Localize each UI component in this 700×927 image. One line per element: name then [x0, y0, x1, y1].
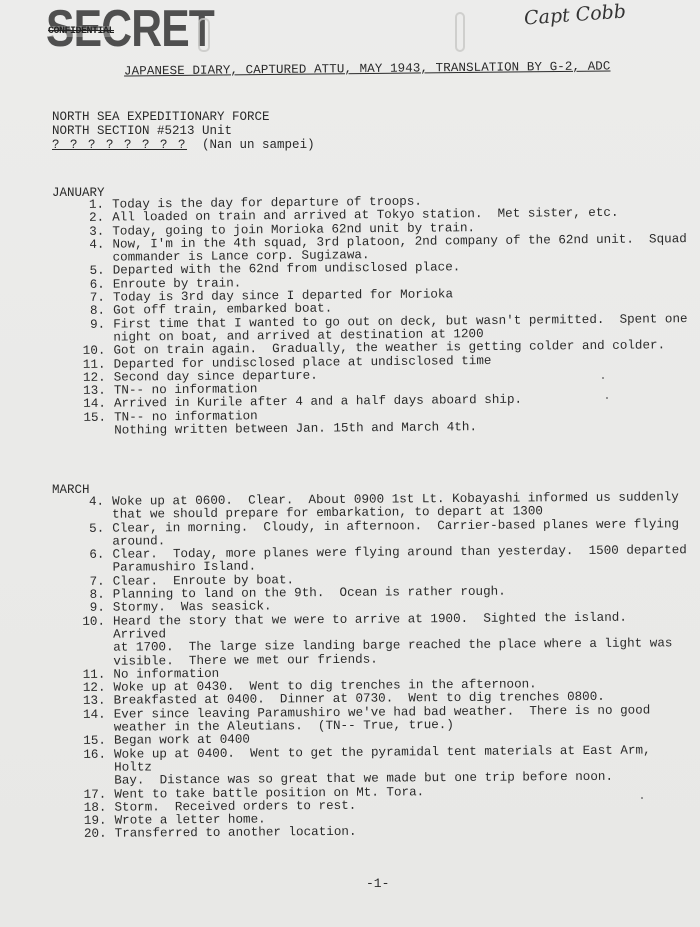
entry-day-number: 5.	[73, 265, 113, 279]
entry-text: Woke up at 0400. Went to get the pyramid…	[114, 744, 694, 788]
entry-day-number: 13.	[74, 695, 114, 709]
entry-day-number: 16.	[74, 748, 114, 788]
paper-speck	[602, 377, 604, 379]
entry-day-number: 9.	[73, 602, 113, 616]
entry-text: Transferred to another location.	[115, 824, 695, 842]
entry-day-number: 4.	[72, 496, 112, 523]
entry-day-number: 6.	[72, 549, 112, 576]
entry-day-number: 8.	[73, 305, 113, 319]
unit-line-3: ? ? ? ? ? ? ? ? (Nan un sampei)	[52, 138, 315, 152]
unit-name-unknown: ? ? ? ? ? ? ? ?	[52, 138, 187, 152]
document-title: JAPANESE DIARY, CAPTURED ATTU, MAY 1943,…	[124, 59, 611, 78]
entry-day-number: 15.	[74, 735, 114, 749]
entry-day-number: 20.	[75, 828, 115, 842]
entry-day-number: 14.	[74, 398, 114, 412]
page-number: -1-	[366, 876, 389, 891]
handwritten-note: Capt Cobb	[523, 0, 626, 29]
unit-line-1: NORTH SEA EXPEDITIONARY FORCE	[52, 110, 315, 124]
paper-speck	[640, 710, 642, 712]
paper-speck	[606, 397, 608, 399]
paper-speck	[641, 797, 643, 799]
march-entries: 4.Woke up at 0600. Clear. About 0900 1st…	[72, 491, 695, 842]
unit-name-romanized: (Nan un sampei)	[202, 138, 315, 152]
diary-entry: 16.Woke up at 0400. Went to get the pyra…	[74, 744, 694, 789]
paperclip-mark-icon	[455, 12, 465, 52]
entry-day-number: 10.	[73, 615, 113, 669]
paperclip-mark-icon	[198, 18, 210, 52]
entry-day-number: 15.	[74, 411, 114, 425]
entry-day-number: 9.	[73, 318, 113, 345]
entry-day-number: 2.	[72, 212, 112, 226]
unit-heading: NORTH SEA EXPEDITIONARY FORCE NORTH SECT…	[52, 110, 315, 152]
entry-day-number: 17.	[74, 788, 114, 802]
january-entries: 1.Today is the day for departure of troo…	[72, 193, 694, 438]
entry-day-number: 14.	[74, 708, 114, 735]
unit-line-2: NORTH SECTION #5213 Unit	[52, 124, 315, 138]
diary-entry: 20.Transferred to another location.	[75, 824, 695, 842]
entry-day-number: 5.	[72, 522, 112, 549]
entry-text: Heard the story that we were to arrive a…	[113, 611, 693, 669]
diary-entry: 10.Heard the story that we were to arriv…	[73, 611, 693, 669]
entry-day-number: 4.	[72, 239, 112, 266]
struck-confidential-stamp: CONFIDENTIAL	[48, 26, 114, 37]
month-heading-march: MARCH	[52, 483, 90, 497]
document-page: SECRET CONFIDENTIAL Capt Cobb JAPANESE D…	[0, 0, 700, 927]
entry-day-number: 10.	[73, 345, 113, 359]
